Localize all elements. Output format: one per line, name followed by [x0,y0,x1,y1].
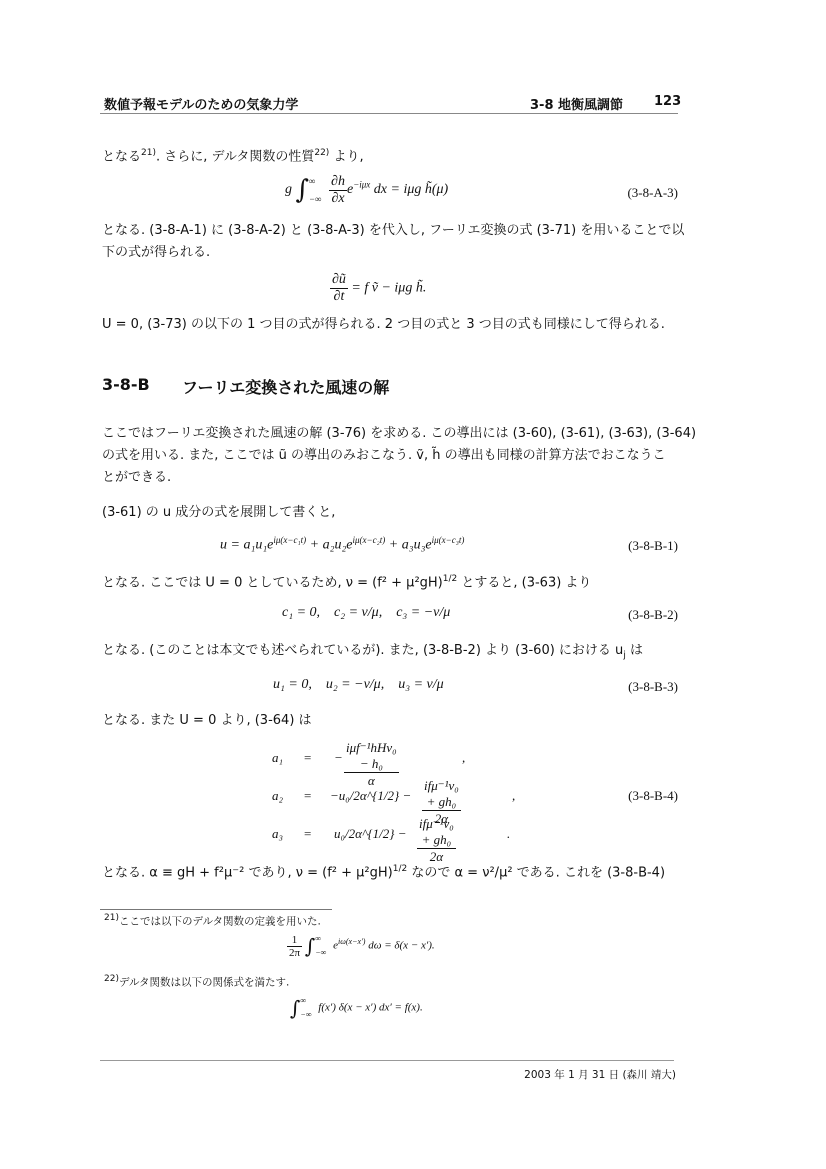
eq-term: dω = δ(x − x′). [365,940,434,952]
eq-term: , [512,788,515,804]
footnote-21: 21)ここでは以下のデルタ関数の定義を用いた. [104,913,321,929]
numerator: ∂h [329,174,347,191]
equation-label: (3-8-A-3) [627,185,678,201]
equation-label: (3-8-B-1) [628,538,678,554]
lower-limit: −∞ [300,1008,311,1022]
text: となる. (このことは本文でも述べられているが). また, (3-8-B-2) … [102,643,623,658]
equation-label: (3-8-B-4) [628,788,678,804]
eq-sign: = [304,750,311,766]
numerator: ifμ⁻¹v₀ + gh₀ [422,778,461,811]
footnote-rule [100,909,332,910]
footnote-22: 22)デルタ関数は以下の関係式を満たす. [104,974,289,990]
exponent: 1/2 [393,864,407,874]
equation-3-8-B-3: u₁ = 0, u₂ = −ν/μ, u₃ = ν/μ [273,677,444,693]
equation-label: (3-8-B-2) [628,607,678,623]
exponent: 1/2 [443,574,457,584]
integral-sign-icon: ∫ [305,934,315,958]
upper-limit: ∞ [300,994,311,1008]
page-number: 123 [654,94,681,109]
integral-sign-icon: ∫ [296,175,310,205]
fraction: 12π [287,934,302,959]
eq-lhs: a₃ [272,826,283,842]
eq-sign: = [304,788,311,804]
eq-term: −u₀/2α^{1/2} − [330,788,411,804]
running-head-title: 数値予報モデルのための気象力学 [104,94,298,113]
paragraph-7: となる. (このことは本文でも述べられているが). また, (3-8-B-2) … [102,640,643,667]
exponent: iμ(x−c₂t) [353,535,386,545]
section-number: 3-8-B [102,375,150,394]
numerator: ifμ⁻¹v₀ + gh₀ [417,816,456,849]
exponent: iω(x−x′) [338,937,365,946]
lower-limit: −∞ [309,190,322,208]
eq-term: . [507,826,510,842]
text: なので α = ν²/μ² である. これを (3-8-B-4) [407,865,665,880]
eq-term: u₀/2α^{1/2} − [334,826,406,842]
equation-du-dt: ∂ũ∂t = f ṽ − iμg h̃. [330,272,426,305]
exponent: iμ(x−c₁t) [273,535,306,545]
paragraph-5: (3-61) の u 成分の式を展開して書くと, [102,502,335,524]
footnote-mark: 21) [104,913,119,923]
eq-term: u = a₁u₁e [220,538,273,553]
eq-term: f(x′) δ(x − x′) dx′ = f(x). [318,1002,422,1014]
exponent: iμ(x−c₃t) [432,535,465,545]
footnote-ref-21[interactable]: 21) [141,148,156,158]
text: となる [102,149,141,164]
fraction: ∂ũ∂t [330,272,348,305]
footnote-mark: 22) [104,974,119,984]
eq-term: , [462,750,465,766]
text: より, [329,149,363,164]
paragraph-3: U = 0, (3-73) の以下の 1 つ目の式が得られる. 2 つ目の式と … [102,314,665,336]
header-rule [100,113,678,114]
eq-term: g [285,182,292,197]
integral-sign-icon: ∫ [290,996,300,1020]
eq-term: = f ṽ − iμg h̃. [351,281,426,296]
paragraph-8: となる. また U = 0 より, (3-64) は [102,710,312,732]
eq-term: dx = iμg h̃(μ) [374,182,448,197]
paragraph-4-line-2: の式を用いる. また, ここでは ũ の導出のみおこなう. ṽ, h̃ の導出も… [102,445,666,467]
running-head-section: 3-8 地衡風調節 [530,94,623,113]
denominator: α [344,773,399,789]
footnote-text: デルタ関数は以下の関係式を満たす. [119,977,289,989]
lower-limit: −∞ [315,946,326,960]
eq-lhs: a₂ [272,788,283,804]
text: . さらに, デルタ関数の性質 [156,149,314,164]
numerator: 1 [287,934,302,947]
equation-3-8-B-1: u = a₁u₁eiμ(x−c₁t) + a₂u₂eiμ(x−c₂t) + a₃… [220,535,464,554]
fraction: ∂h∂x [329,174,347,207]
footnote-ref-22[interactable]: 22) [314,148,329,158]
equation-3-8-A-3: g ∫∞−∞ ∂h∂xe−iμx dx = iμg h̃(μ) [285,172,448,208]
numerator: iμf⁻¹hHv₀ − h₀ [344,740,399,773]
equation-3-8-B-2: c₁ = 0, c₂ = ν/μ, c₃ = −ν/μ [282,605,450,621]
paragraph-2-line-1: となる. (3-8-A-1) に (3-8-A-2) と (3-8-A-3) を… [102,220,684,242]
eq-term: + a₂u₂e [306,538,352,553]
upper-limit: ∞ [315,932,326,946]
text: は [626,643,643,658]
paragraph-6: となる. ここでは U = 0 としているため, ν = (f² + μ²gH)… [102,568,591,594]
exponent: −iμx [353,180,370,190]
eq-term: + a₃u₃e [385,538,431,553]
denominator: ∂t [330,289,348,305]
paragraph-1: となる21). さらに, デルタ関数の性質22) より, [102,142,364,168]
footnote-22-equation: ∫∞−∞ f(x′) δ(x − x′) dx′ = f(x). [290,994,423,1022]
paragraph-9: となる. α ≡ gH + f²μ⁻² であり, ν = (f² + μ²gH)… [102,858,665,884]
text: となる. ここでは U = 0 としているため, ν = (f² + μ²gH) [102,575,443,590]
paragraph-4-line-3: とができる. [102,467,171,489]
footer-date-author: 2003 年 1 月 31 日 (森川 靖大) [524,1067,676,1082]
footer-rule [100,1060,674,1061]
footnote-text: ここでは以下のデルタ関数の定義を用いた. [119,916,321,928]
equation-label: (3-8-B-3) [628,679,678,695]
fraction: iμf⁻¹hHv₀ − h₀α [344,740,399,789]
denominator: 2π [287,947,302,959]
eq-lhs: a₁ [272,750,283,766]
paragraph-2-line-2: 下の式が得られる. [102,242,210,264]
eq-term: − [334,750,343,766]
numerator: ∂ũ [330,272,348,289]
upper-limit: ∞ [309,172,322,190]
text: となる. α ≡ gH + f²μ⁻² であり, ν = (f² + μ²gH) [102,865,393,880]
paragraph-4-line-1: ここではフーリエ変換された風速の解 (3-76) を求める. この導出には (3… [102,423,696,445]
text: とすると, (3-63) より [457,575,591,590]
eq-sign: = [304,826,311,842]
denominator: ∂x [329,191,347,207]
section-title: フーリエ変換された風速の解 [182,375,389,398]
footnote-21-equation: 12π ∫∞−∞ eiω(x−x′) dω = δ(x − x′). [287,932,435,960]
